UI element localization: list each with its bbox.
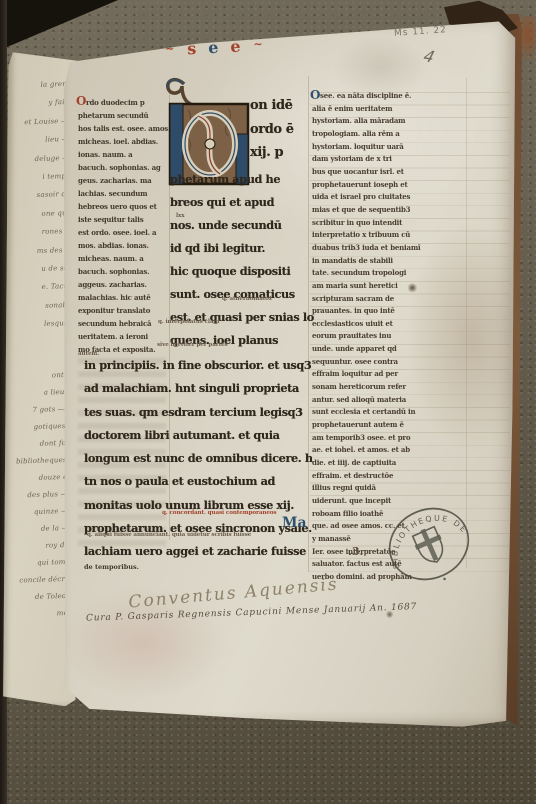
- text-line: des plus —: [4, 486, 69, 505]
- text-line: ont: [0, 367, 64, 386]
- text-line: die. et iiij. de captiuita: [312, 457, 467, 470]
- text-line: longum est nunc de omnibus dicere. h: [84, 447, 322, 470]
- text-line: mor: [7, 605, 72, 624]
- manuscript-page: ~see~ Ms 11. 22 4 O rdo duodecim pphetar…: [62, 18, 517, 728]
- text-line: prauantes. in quo intē: [312, 305, 467, 318]
- text-line: scripturam sacram de: [312, 293, 467, 306]
- text-line: deluge —: [5, 149, 70, 169]
- text-line: doctorem libri autumant. et quia: [84, 424, 322, 447]
- text-line: ecclesiasticos uiuit et: [312, 318, 467, 331]
- text-line: alia ē enim ueritatem: [312, 103, 467, 116]
- text-line: tate. secundum tropologi: [312, 267, 467, 280]
- decorated-Ma-initial: Ma: [282, 515, 307, 531]
- text-line: sequuntur. osee contra: [312, 356, 467, 369]
- text-line: tn nos o paula et eustochium ad: [84, 470, 322, 493]
- text-line: aggeus. zacharias.: [78, 278, 174, 291]
- cross-shield-icon: [410, 524, 449, 567]
- text-line: exponitur translato: [78, 304, 174, 317]
- text-line: dam ystoriam de x tri: [312, 153, 467, 166]
- text-line: hebreos uero quos et: [78, 200, 174, 213]
- text-line: sive breviter per partes: [157, 342, 228, 348]
- text-line: la gren: [3, 75, 68, 95]
- text-line: rones le: [7, 222, 72, 242]
- text-line: concile décrit: [6, 571, 71, 590]
- text-line: sunt ecclesia et certandū in: [312, 406, 467, 419]
- text-line: hystoriam. alia māradam: [312, 115, 467, 128]
- text-line: lieu —: [5, 130, 70, 150]
- text-line: uida et israel pro ciuitates: [312, 191, 467, 204]
- text-line: lachias. secundum: [78, 187, 174, 200]
- text-line: q. interpolatus clam: [158, 319, 219, 325]
- text-line: q. aliqui fuisse annunciant. quia uidetu…: [87, 532, 251, 538]
- text-line: est ordo. osee. ioel. a: [78, 226, 174, 239]
- text-line: quens. ioel planus: [170, 329, 330, 352]
- text-line: xij. p: [250, 141, 294, 165]
- text-line: hic quoque dispositi: [170, 260, 330, 283]
- text-line: micheas. naum. a: [78, 252, 174, 265]
- text-line: illius regni quidā: [312, 482, 467, 495]
- text-line: nos. unde secundū: [170, 214, 330, 237]
- text-line: id qd ibi legitur.: [170, 237, 330, 260]
- text-line: sonam hereticorum refer: [312, 381, 467, 394]
- text-line: sasoir do: [6, 185, 71, 205]
- text-line: mos. abdias. ionas.: [78, 239, 174, 252]
- text-line: in principiis. in fine obscurior. et usq…: [84, 354, 322, 377]
- text-line: breos qui et apud: [170, 191, 330, 214]
- text-line: lachiam uero aggei et zacharie fuisse: [84, 540, 322, 563]
- text-line: ad malachiam. hnt singuli proprieta: [84, 377, 322, 400]
- text-line: tropologiam. alia rēm a: [312, 128, 467, 141]
- text-line: est. et quasi per snias lo: [170, 306, 330, 329]
- text-line: interpretatio x tribuum cū: [312, 229, 467, 242]
- explicit-line: de temporibus.: [84, 563, 139, 571]
- text-line: on idē: [250, 94, 294, 118]
- folio-number: 4: [421, 47, 436, 67]
- text-line: 7 gots —: [1, 401, 66, 420]
- text-line: dont fo: [2, 435, 67, 454]
- text-line: tes suas. qm esdram tercium legisq3: [84, 401, 322, 424]
- text-line: quinze —: [4, 503, 69, 522]
- text-line: roy du: [5, 537, 70, 556]
- text-line: bus que uocantur isrl. et: [312, 166, 467, 179]
- text-line: see. ea nāta discipline ē.: [312, 90, 467, 103]
- text-line: u de son: [9, 259, 74, 279]
- text-line: am maria sunt heretici: [312, 280, 467, 293]
- text-line: one que: [7, 204, 72, 224]
- text-line: in mandatis de stabili: [312, 255, 467, 268]
- text-line: lxx: [176, 213, 185, 219]
- quire-mark: .3.: [348, 545, 363, 558]
- text-line: y fait: [3, 93, 68, 113]
- text-line: et Louise —: [4, 112, 69, 132]
- text-line: effraim loquitur ad per: [312, 368, 467, 381]
- text-line: sunt. osee comaticus: [170, 283, 330, 306]
- text-line: phetarum apud he: [170, 168, 330, 191]
- text-line: ms des —: [8, 241, 73, 261]
- text-line: douze c: [3, 469, 68, 488]
- main-text-beside-initial: on idēordo ēxij. p: [250, 94, 294, 165]
- text-line: i temps: [6, 167, 71, 187]
- text-line: ae. et iohel. et amos. et ab: [312, 444, 467, 457]
- text-line: prophetauerunt autem ē: [312, 419, 467, 432]
- text-line: duabus trib3 iuda et beniamī: [312, 242, 467, 255]
- text-line: hystoriam. loquitur uarā: [312, 141, 467, 154]
- text-line: am temporib3 osee. et pro: [312, 432, 467, 445]
- text-line: e. Tacite: [9, 277, 74, 297]
- text-line: antur. sed alioqū materia: [312, 394, 467, 407]
- text-line: de la —: [5, 520, 70, 539]
- text-line: de Tolede: [7, 588, 72, 607]
- manuscript-photo: la greny faitet Louise —lieu —deluge —i …: [0, 0, 536, 804]
- text-line: q. concordant. quasi contemporaneos: [162, 510, 277, 516]
- flyleaf-notes-lower: onta lieu7 gots —gotiquesdont fobiblioth…: [0, 367, 72, 624]
- text-line: q. athernomatoz: [222, 296, 272, 302]
- text-line: malachias. hic autē: [78, 291, 174, 304]
- text-line: eorum prauitates inu: [312, 330, 467, 343]
- text-line: effraim. et destructōe: [312, 470, 467, 483]
- text-line: mias et que de sequentib3: [312, 204, 467, 217]
- text-line: bibliotheques: [2, 452, 67, 471]
- text-line: prophetauerunt ioseph et: [312, 179, 467, 192]
- text-line: ordo ē: [250, 118, 294, 142]
- text-line: gotiques: [1, 418, 66, 437]
- text-line: scribitur in quo intendit: [312, 217, 467, 230]
- text-line: a lieu: [0, 384, 65, 403]
- text-line: bacuch. sophonias.: [78, 265, 174, 278]
- running-title-tilde: ~: [253, 37, 263, 50]
- text-line: unde. unde apparet qd: [312, 343, 467, 356]
- leather-stain: [516, 16, 536, 62]
- text-line: qui tome: [6, 554, 71, 573]
- text-line: autem.: [78, 351, 99, 357]
- text-line: iste sequitur talis: [78, 213, 174, 226]
